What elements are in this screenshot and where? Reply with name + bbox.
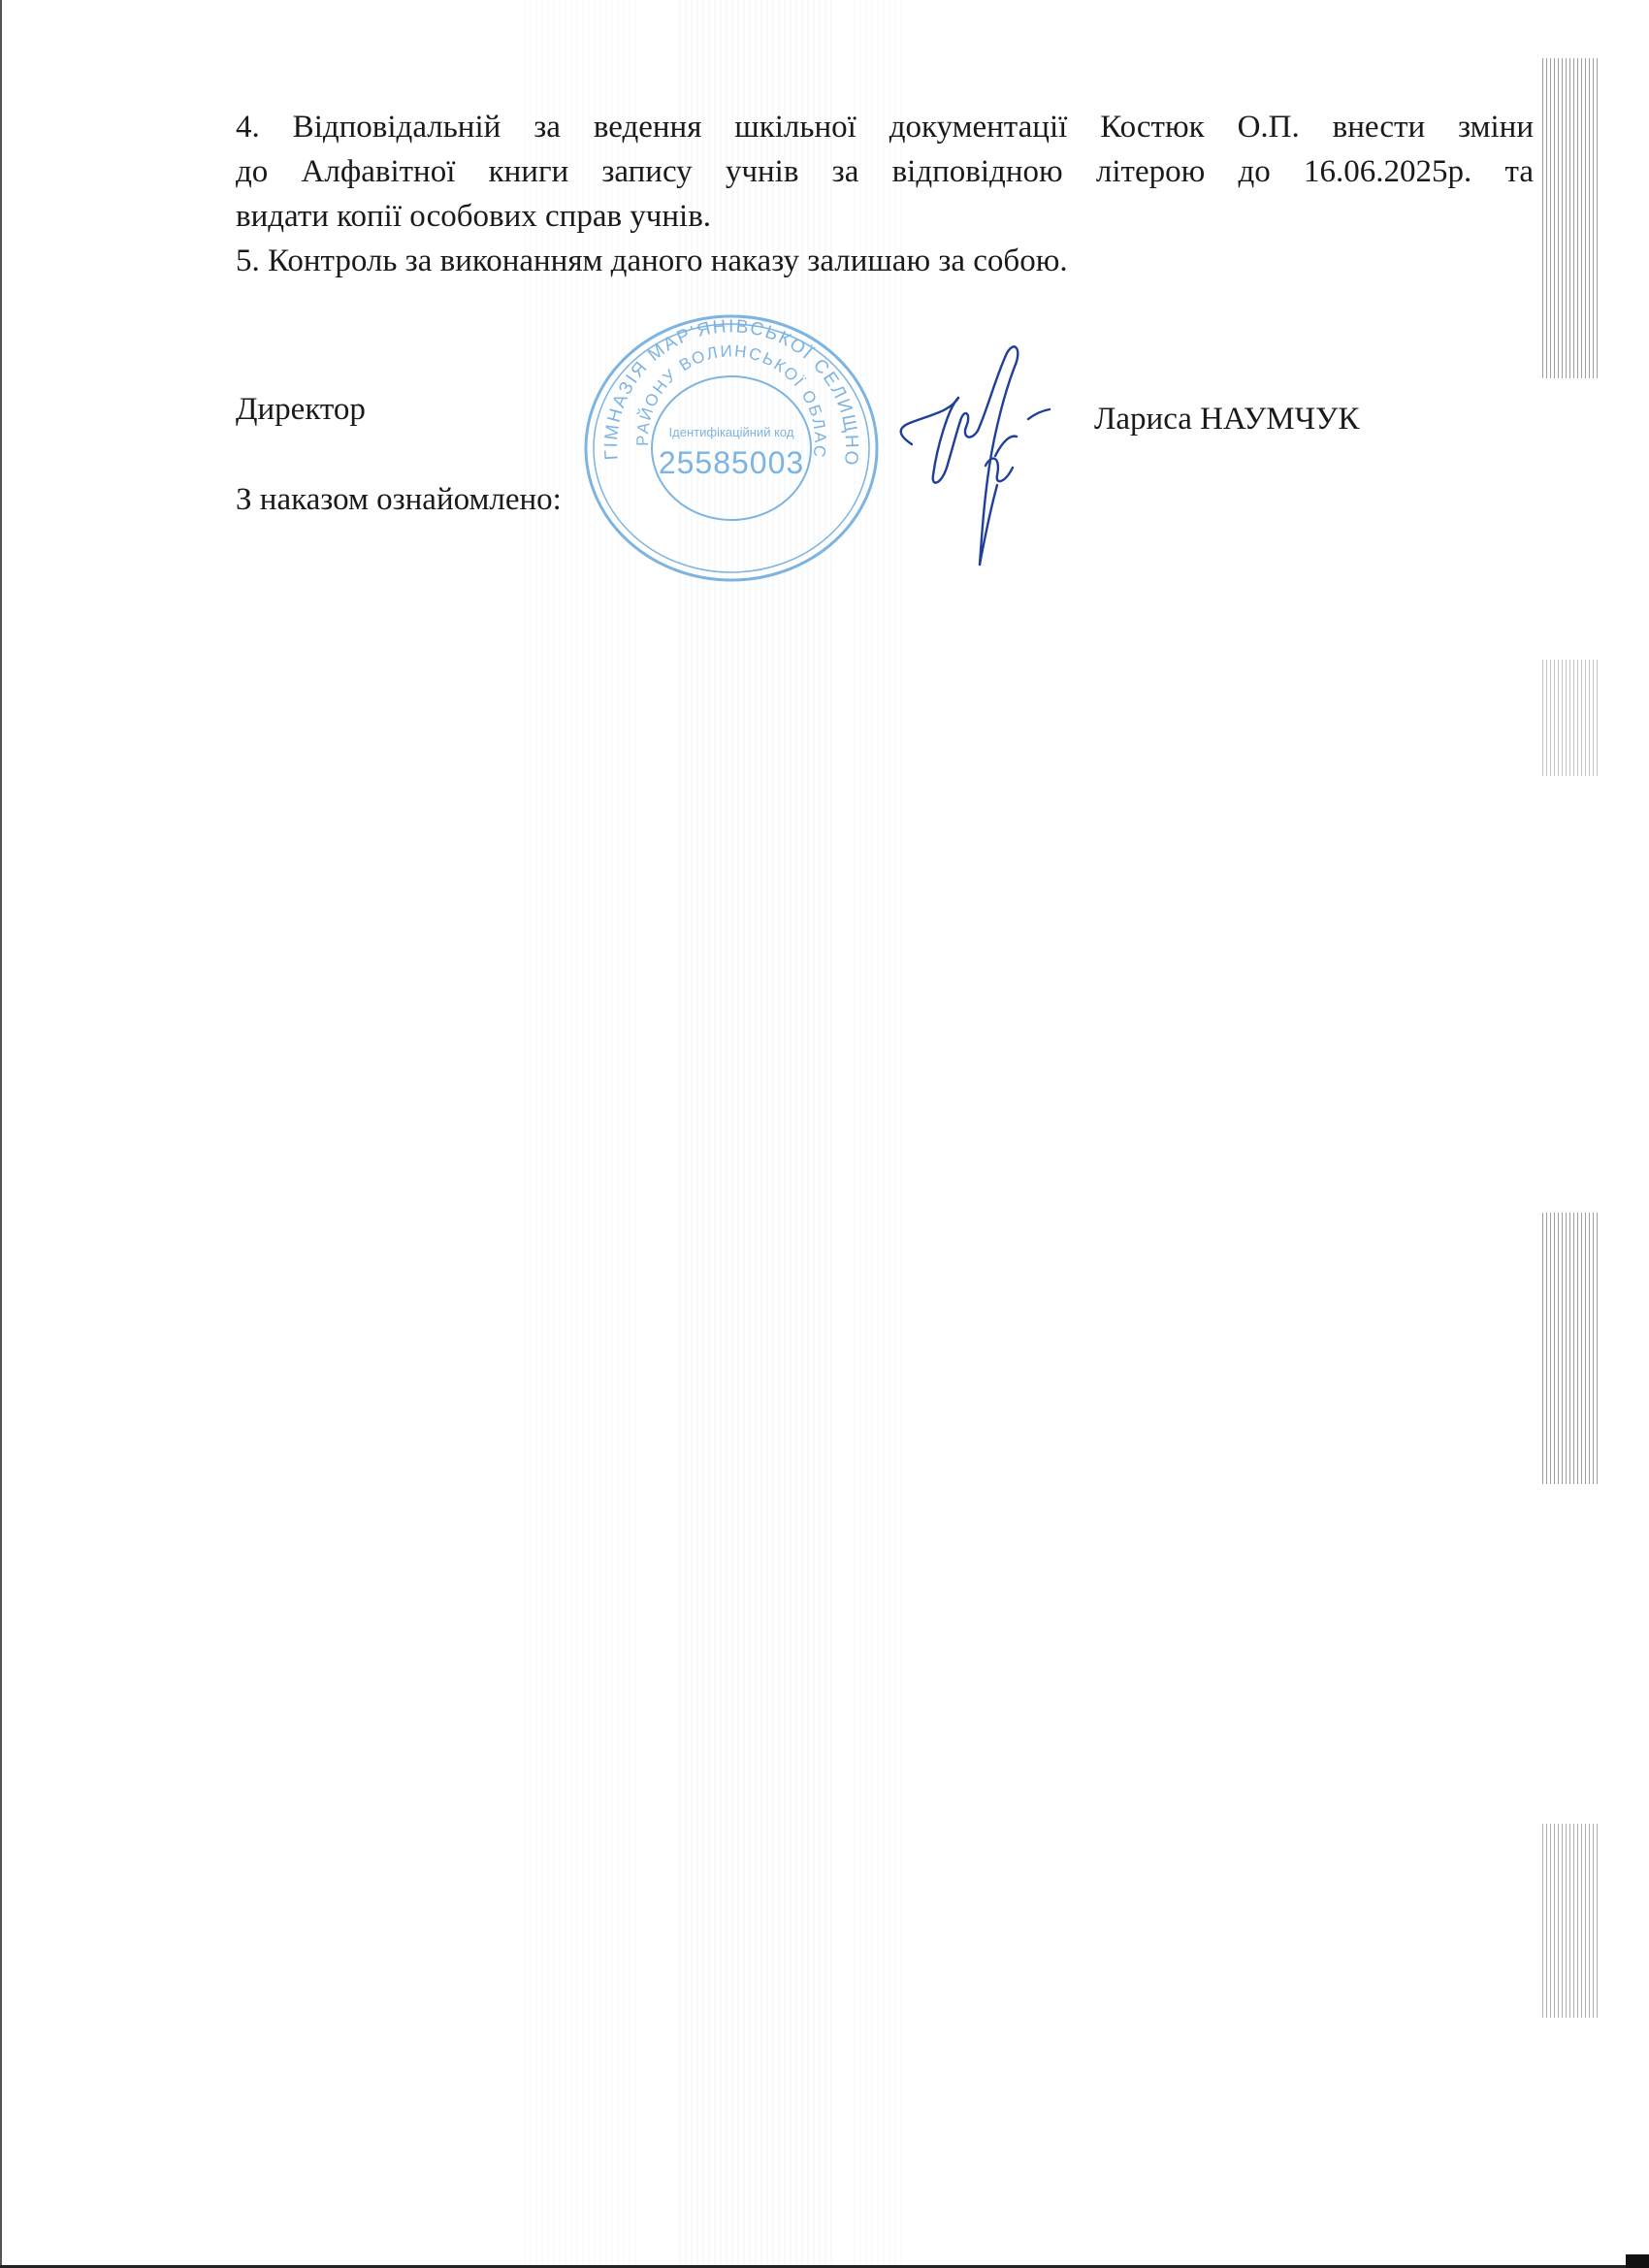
- paragraph-4-line: 4. Відповідальній за ведення шкільної до…: [236, 105, 1534, 149]
- signatory-name: Лариса НАУМЧУК: [1094, 402, 1359, 437]
- scan-left-edge: [0, 0, 2, 2268]
- official-stamp: ГІМНАЗІЯ МАР'ЯНІВСЬКОЇ СЕЛИЩНОЇ РАДИ РАЙ…: [580, 312, 883, 584]
- paragraph-4-line: до Алфавітної книги запису учнів за відп…: [236, 149, 1534, 194]
- document-body: 4. Відповідальній за ведення шкільної до…: [236, 105, 1534, 283]
- paragraph-4-line: видати копії особових справ учнів.: [236, 194, 1534, 239]
- scan-edge-streak: [1542, 660, 1600, 776]
- stamp-code: 25585003: [659, 445, 804, 480]
- scan-corner-mark: [1626, 2254, 1649, 2268]
- scan-edge-streak: [1542, 1824, 1600, 2018]
- handwritten-signature: [890, 340, 1055, 592]
- signatory-role: Директор: [236, 392, 366, 428]
- paragraph-5: 5. Контроль за виконанням даного наказу …: [236, 239, 1534, 283]
- stamp-code-label: Ідентифікаційний код: [669, 425, 794, 439]
- scan-edge-streak: [1542, 58, 1600, 378]
- paragraph-5-text: 5. Контроль за виконанням даного наказу …: [236, 239, 1534, 283]
- acknowledgement-label: З наказом ознайомлено:: [236, 482, 562, 518]
- paragraph-4: 4. Відповідальній за ведення шкільної до…: [236, 105, 1534, 239]
- scan-edge-streak: [1542, 1213, 1600, 1484]
